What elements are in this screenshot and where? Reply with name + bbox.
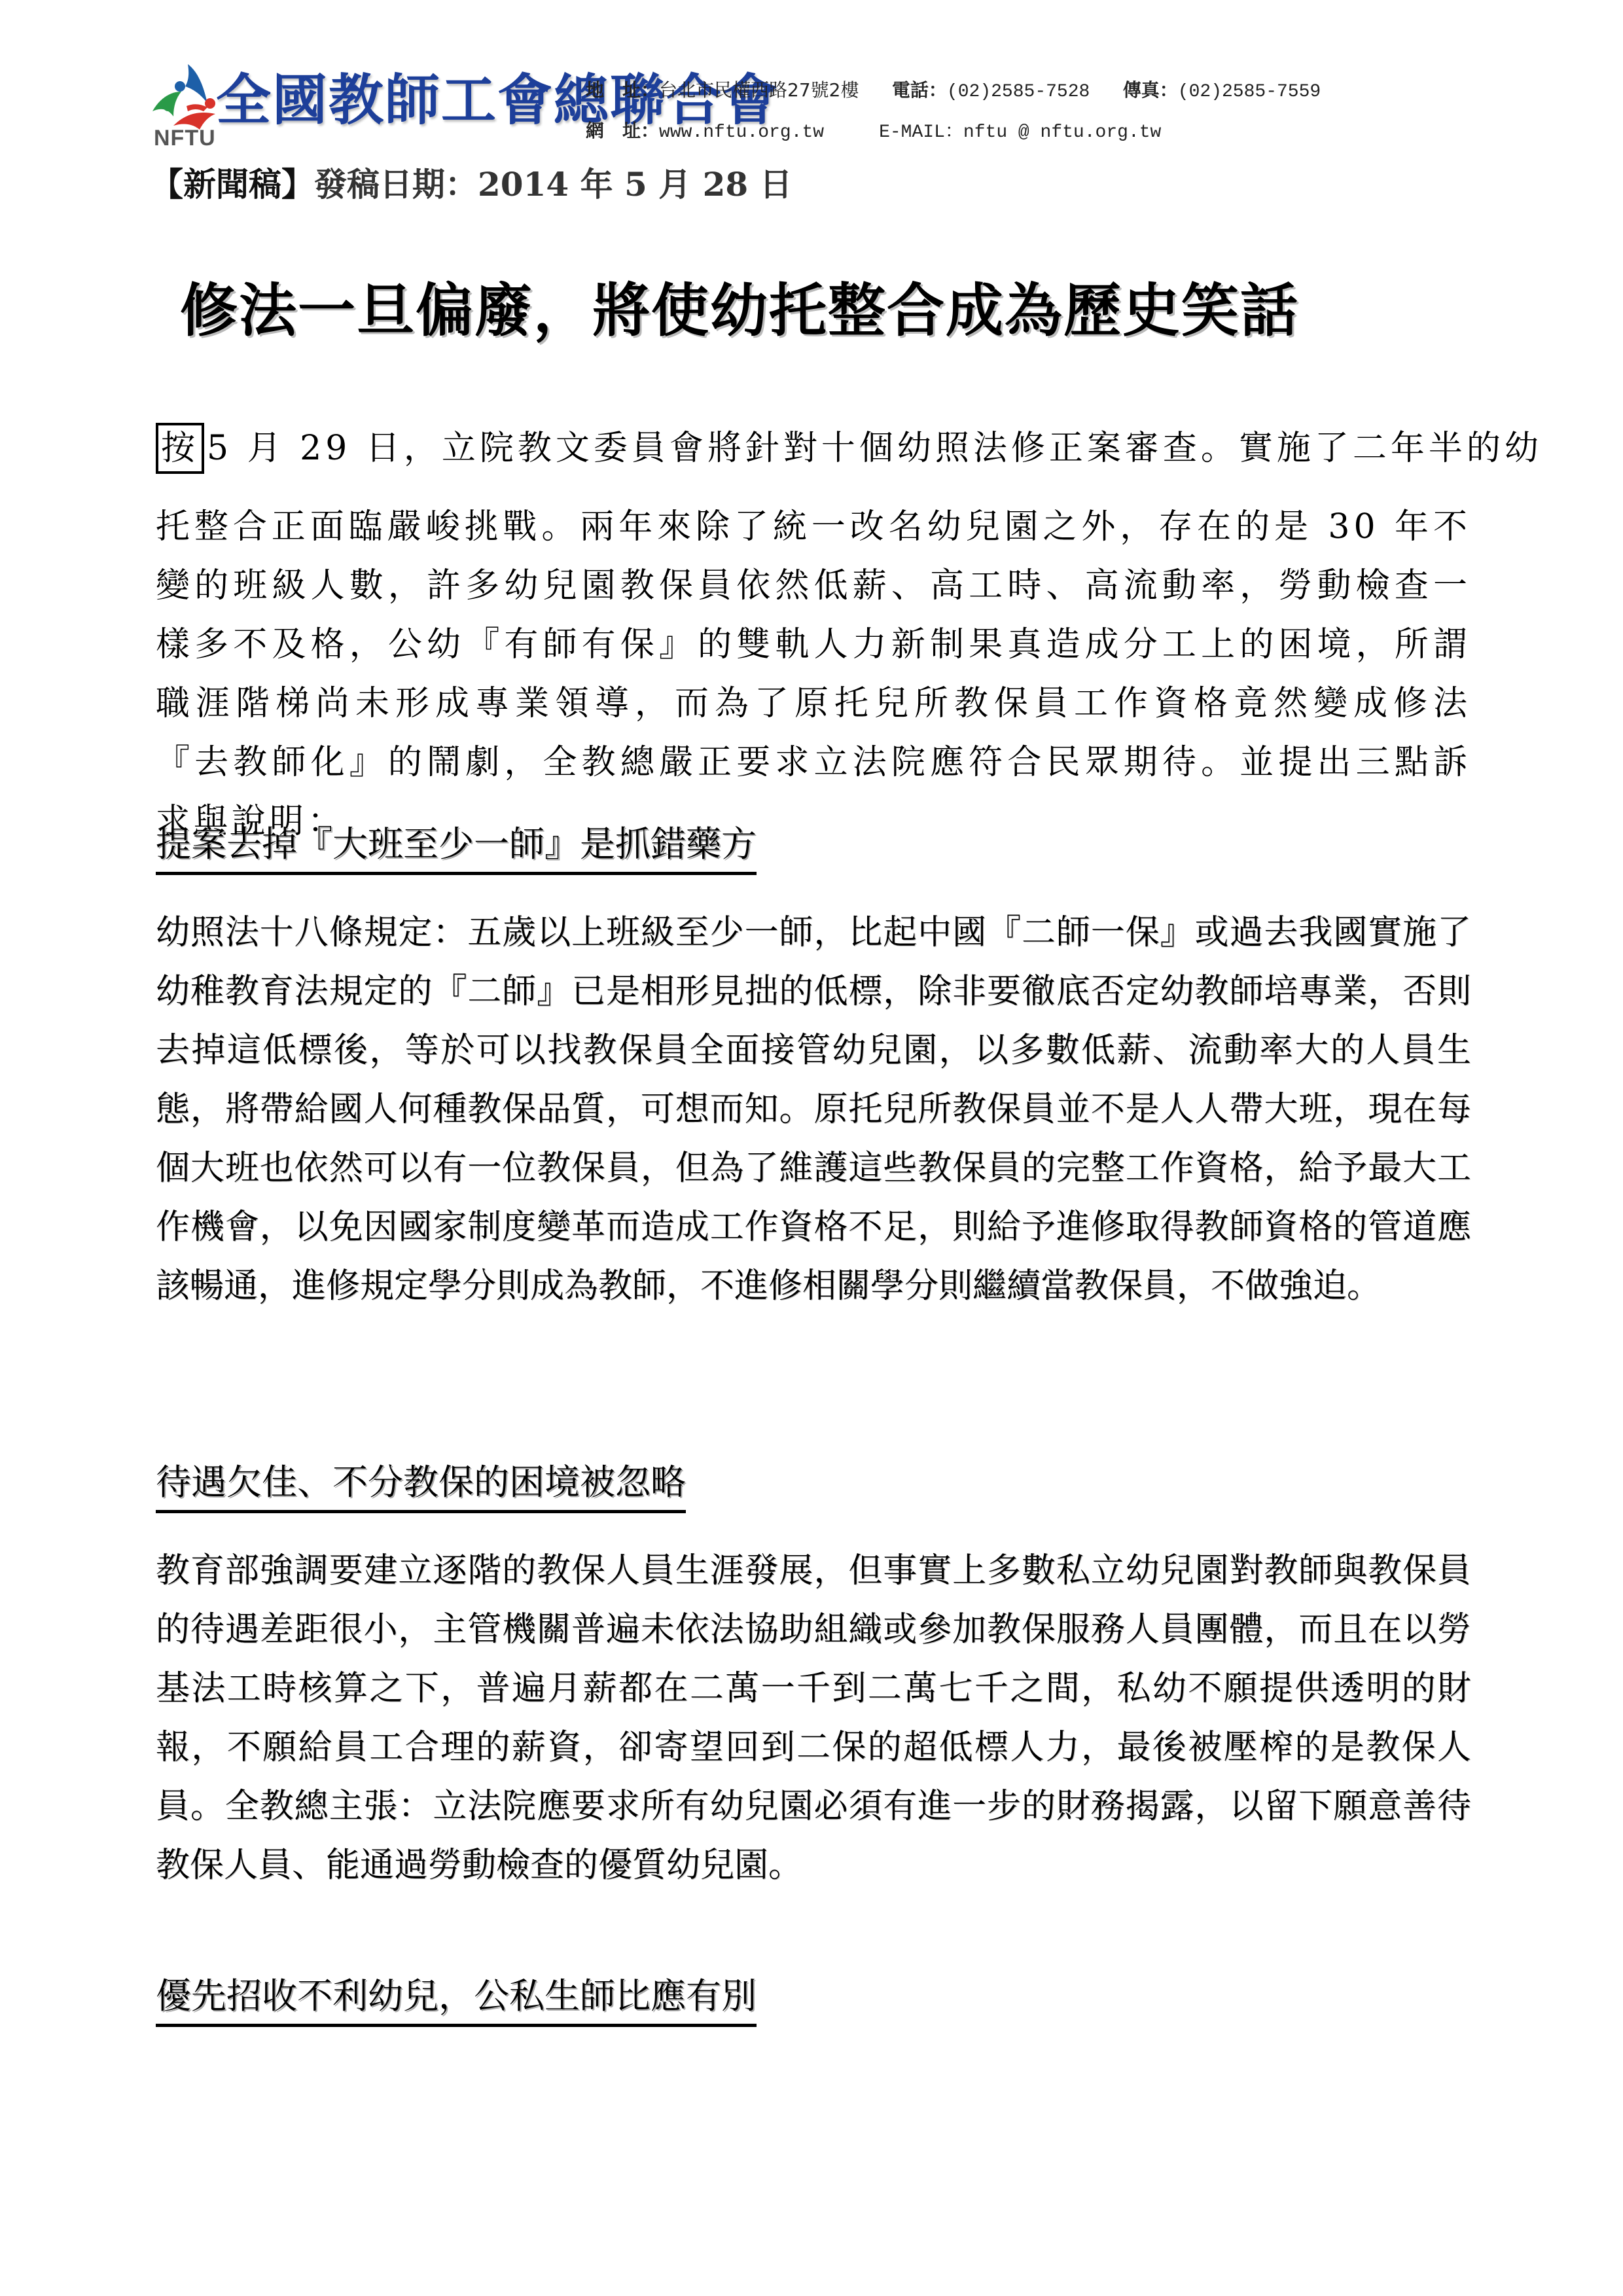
phone-value: (02)2585-7528	[947, 82, 1090, 102]
logo-abbreviation: NFTU	[154, 126, 216, 151]
page-title: 修法一旦偏廢，將使幼托整合成為歷史笑話	[180, 265, 1299, 348]
fax-value: (02)2585-7559	[1178, 82, 1321, 102]
section-heading-2: 待遇欠佳、不分教保的困境被忽略	[156, 1456, 686, 1513]
fax-label: 傳真：	[1123, 79, 1178, 101]
email-label: E-MAIL：	[879, 122, 963, 143]
nftu-emblem-icon	[147, 60, 226, 132]
contact-address-line: 地 址：台北市民權西路27號2樓 電話：(02)2585-7528 傳真：(02…	[586, 76, 1321, 102]
section-body-2: 教育部強調要建立逐階的教保人員生涯發展，但事實上多數私立幼兒園對教師與教保員的待…	[156, 1541, 1471, 1895]
intro-paragraph: 托整合正面臨嚴峻挑戰。兩年來除了統一改名幼兒園之外，存在的是 30 年不變的班級…	[156, 497, 1471, 851]
news-tag-label: 【新聞稿】	[151, 165, 314, 204]
release-date: 2014 年 5 月 28 日	[478, 165, 793, 204]
contact-web-line: 網 址：www.nftu.org.tw E-MAIL：nftu @ nftu.o…	[586, 117, 1161, 143]
website-link[interactable]: www.nftu.org.tw	[659, 122, 824, 143]
section-heading-3: 優先招收不利幼兒，公私生師比應有別	[156, 1970, 757, 2027]
email-link[interactable]: nftu @ nftu.org.tw	[963, 122, 1161, 143]
address-label: 地 址：	[586, 79, 659, 101]
section-body-1: 幼照法十八條規定：五歲以上班級至少一師，比起中國『二師一保』或過去我國實施了幼稚…	[156, 903, 1471, 1316]
nftu-logo: NFTU 全國教師工會總聯合會	[147, 60, 553, 152]
intro-first-line: 按5 月 29 日，立院教文委員會將針對十個幼照法修正案審查。實施了二年半的幼	[156, 419, 1471, 478]
intro-first-text: 5 月 29 日，立院教文委員會將針對十個幼照法修正案審查。實施了二年半的幼	[207, 429, 1543, 468]
section-heading-1: 提案去掉『大班至少一師』是抓錯藥方	[156, 818, 757, 875]
address-value: 台北市民權西路27號2樓	[659, 79, 859, 101]
phone-label: 電話：	[892, 79, 947, 101]
press-release-tag: 【新聞稿】發稿日期：2014 年 5 月 28 日	[151, 158, 793, 206]
release-date-label: 發稿日期：	[314, 165, 478, 204]
website-label: 網 址：	[586, 120, 659, 141]
boxed-note-char: 按	[156, 423, 204, 474]
